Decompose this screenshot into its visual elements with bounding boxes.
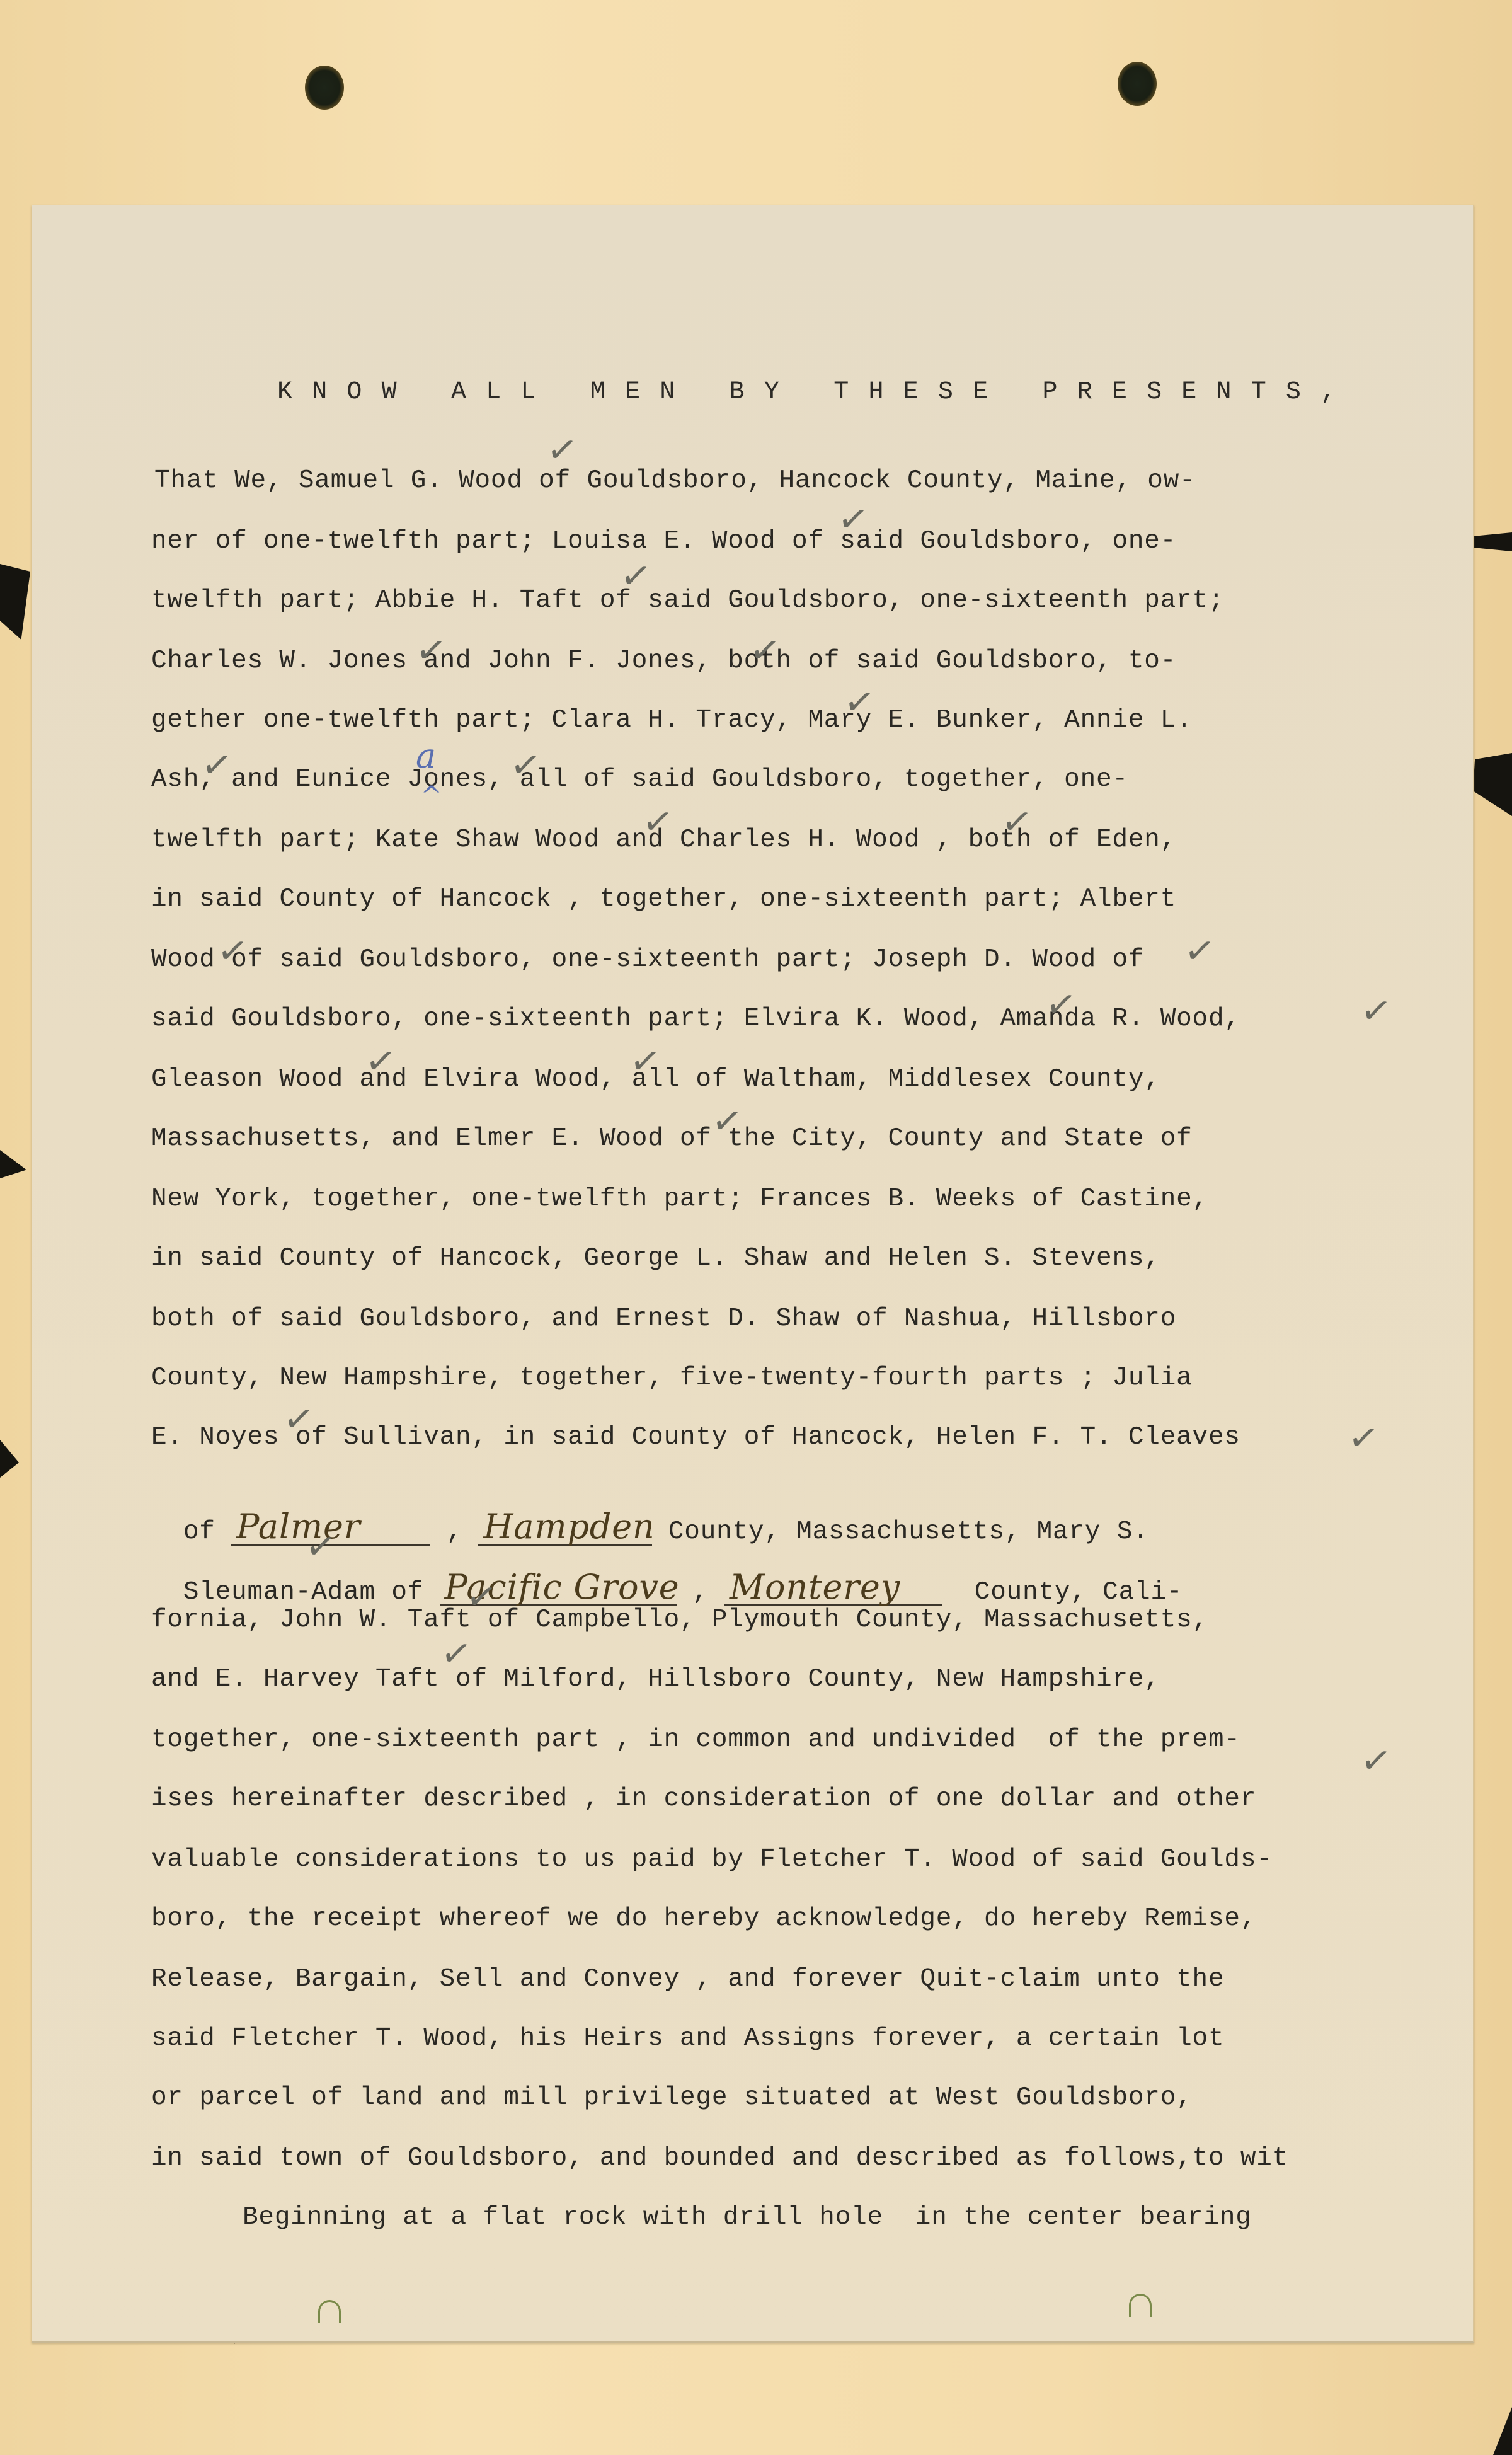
check-mark-icon: ✓ xyxy=(363,1038,399,1084)
line-prefix: Sleuman-Adam of xyxy=(183,1578,440,1607)
edge-notch-right-1 xyxy=(1473,532,1512,551)
line-suffix: County, Cali- xyxy=(942,1578,1183,1607)
staple-mark-left xyxy=(318,2300,341,2323)
body-line-22: together, one-sixteenth part , in common… xyxy=(151,1725,1240,1754)
document-title: KNOW ALL MEN BY THESE PRESENTS, xyxy=(277,378,1355,406)
body-line-18: of Palmer , Hampden County, Massachusett… xyxy=(151,1481,1149,1546)
body-line-1: That We, Samuel G. Wood of Gouldsboro, H… xyxy=(154,466,1196,495)
edge-notch-left-2 xyxy=(0,1150,26,1178)
inserted-letter-a: a xyxy=(416,736,436,776)
separator: , xyxy=(677,1578,724,1607)
body-line-3: twelfth part; Abbie H. Taft of said Goul… xyxy=(151,586,1224,615)
body-line-28: or parcel of land and mill privilege sit… xyxy=(151,2083,1193,2112)
body-line-12: Massachusetts, and Elmer E. Wood of the … xyxy=(151,1124,1193,1153)
check-mark-icon: ✓ xyxy=(215,928,251,974)
body-line-20: fornia, John W. Taft of Campbello, Plymo… xyxy=(151,1606,1208,1635)
punch-hole-left xyxy=(305,66,344,110)
check-mark-icon: ✓ xyxy=(1043,981,1080,1028)
body-line-29: in said town of Gouldsboro, and bounded … xyxy=(151,2144,1288,2173)
body-line-14: in said County of Hancock, George L. Sha… xyxy=(151,1244,1160,1273)
body-line-23: ises hereinafter described , in consider… xyxy=(151,1785,1256,1814)
body-line-21: and E. Harvey Taft of Milford, Hillsboro… xyxy=(151,1665,1160,1694)
check-mark-icon: ✓ xyxy=(842,679,878,725)
check-mark-icon: ✓ xyxy=(544,427,581,473)
deed-sheet xyxy=(31,205,1474,2343)
check-mark-icon: ✓ xyxy=(618,553,655,599)
check-mark-icon: ✓ xyxy=(747,627,784,674)
check-mark-icon: ✓ xyxy=(835,496,872,543)
handwritten-county: Hampden xyxy=(478,1510,652,1546)
body-line-5: gether one-twelfth part; Clara H. Tracy,… xyxy=(151,706,1193,735)
body-line-15: both of said Gouldsboro, and Ernest D. S… xyxy=(151,1304,1176,1333)
body-line-4: Charles W. Jones and John F. Jones, both… xyxy=(151,647,1176,676)
check-mark-icon: ✓ xyxy=(281,1396,318,1442)
body-line-24: valuable considerations to us paid by Fl… xyxy=(151,1845,1273,1874)
body-line-2: ner of one-twelfth part; Louisa E. Wood … xyxy=(151,527,1176,556)
body-line-26: Release, Bargain, Sell and Convey , and … xyxy=(151,1965,1224,1994)
check-mark-icon: ✓ xyxy=(1182,928,1218,974)
body-line-10: said Gouldsboro, one-sixteenth part; Elv… xyxy=(151,1004,1240,1033)
body-line-6: Ash, and Eunice Jones, all of said Gould… xyxy=(151,765,1128,794)
check-mark-icon: ✓ xyxy=(1346,1415,1382,1461)
check-mark-icon: ✓ xyxy=(508,742,544,788)
body-line-9: Wood of said Gouldsboro, one-sixteenth p… xyxy=(151,945,1144,974)
body-line-13: New York, together, one-twelfth part; Fr… xyxy=(151,1185,1208,1214)
body-line-8: in said County of Hancock , together, on… xyxy=(151,885,1176,914)
check-mark-icon: ✓ xyxy=(999,798,1036,845)
check-mark-icon: ✓ xyxy=(438,1630,475,1677)
check-mark-icon: ✓ xyxy=(464,1573,500,1620)
check-mark-icon: ✓ xyxy=(640,798,677,845)
edge-notch-left-1 xyxy=(0,564,30,640)
check-mark-icon: ✓ xyxy=(709,1098,746,1144)
body-line-27: said Fletcher T. Wood, his Heirs and Ass… xyxy=(151,2024,1224,2053)
staple-mark-right xyxy=(1129,2294,1152,2317)
edge-notch-left-3 xyxy=(0,1440,19,1478)
body-line-17: E. Noyes of Sullivan, in said County of … xyxy=(151,1423,1240,1452)
check-mark-icon: ✓ xyxy=(199,742,236,788)
body-line-16: County, New Hampshire, together, five-tw… xyxy=(151,1364,1193,1393)
check-mark-icon: ✓ xyxy=(1358,1737,1395,1784)
check-mark-icon: ✓ xyxy=(1358,987,1395,1034)
handwritten-county: Monterey xyxy=(724,1570,942,1606)
check-mark-icon: ✓ xyxy=(413,627,450,674)
body-line-30: Beginning at a flat rock with drill hole… xyxy=(243,2203,1252,2232)
check-mark-icon: ✓ xyxy=(627,1038,664,1084)
edge-notch-right-3 xyxy=(1493,2407,1512,2455)
punch-hole-right xyxy=(1118,62,1157,106)
body-line-25: boro, the receipt whereof we do hereby a… xyxy=(151,1904,1256,1933)
edge-notch-right-2 xyxy=(1473,753,1512,816)
caret-mark: ^ xyxy=(421,781,442,810)
check-mark-icon: ✓ xyxy=(303,1523,340,1570)
